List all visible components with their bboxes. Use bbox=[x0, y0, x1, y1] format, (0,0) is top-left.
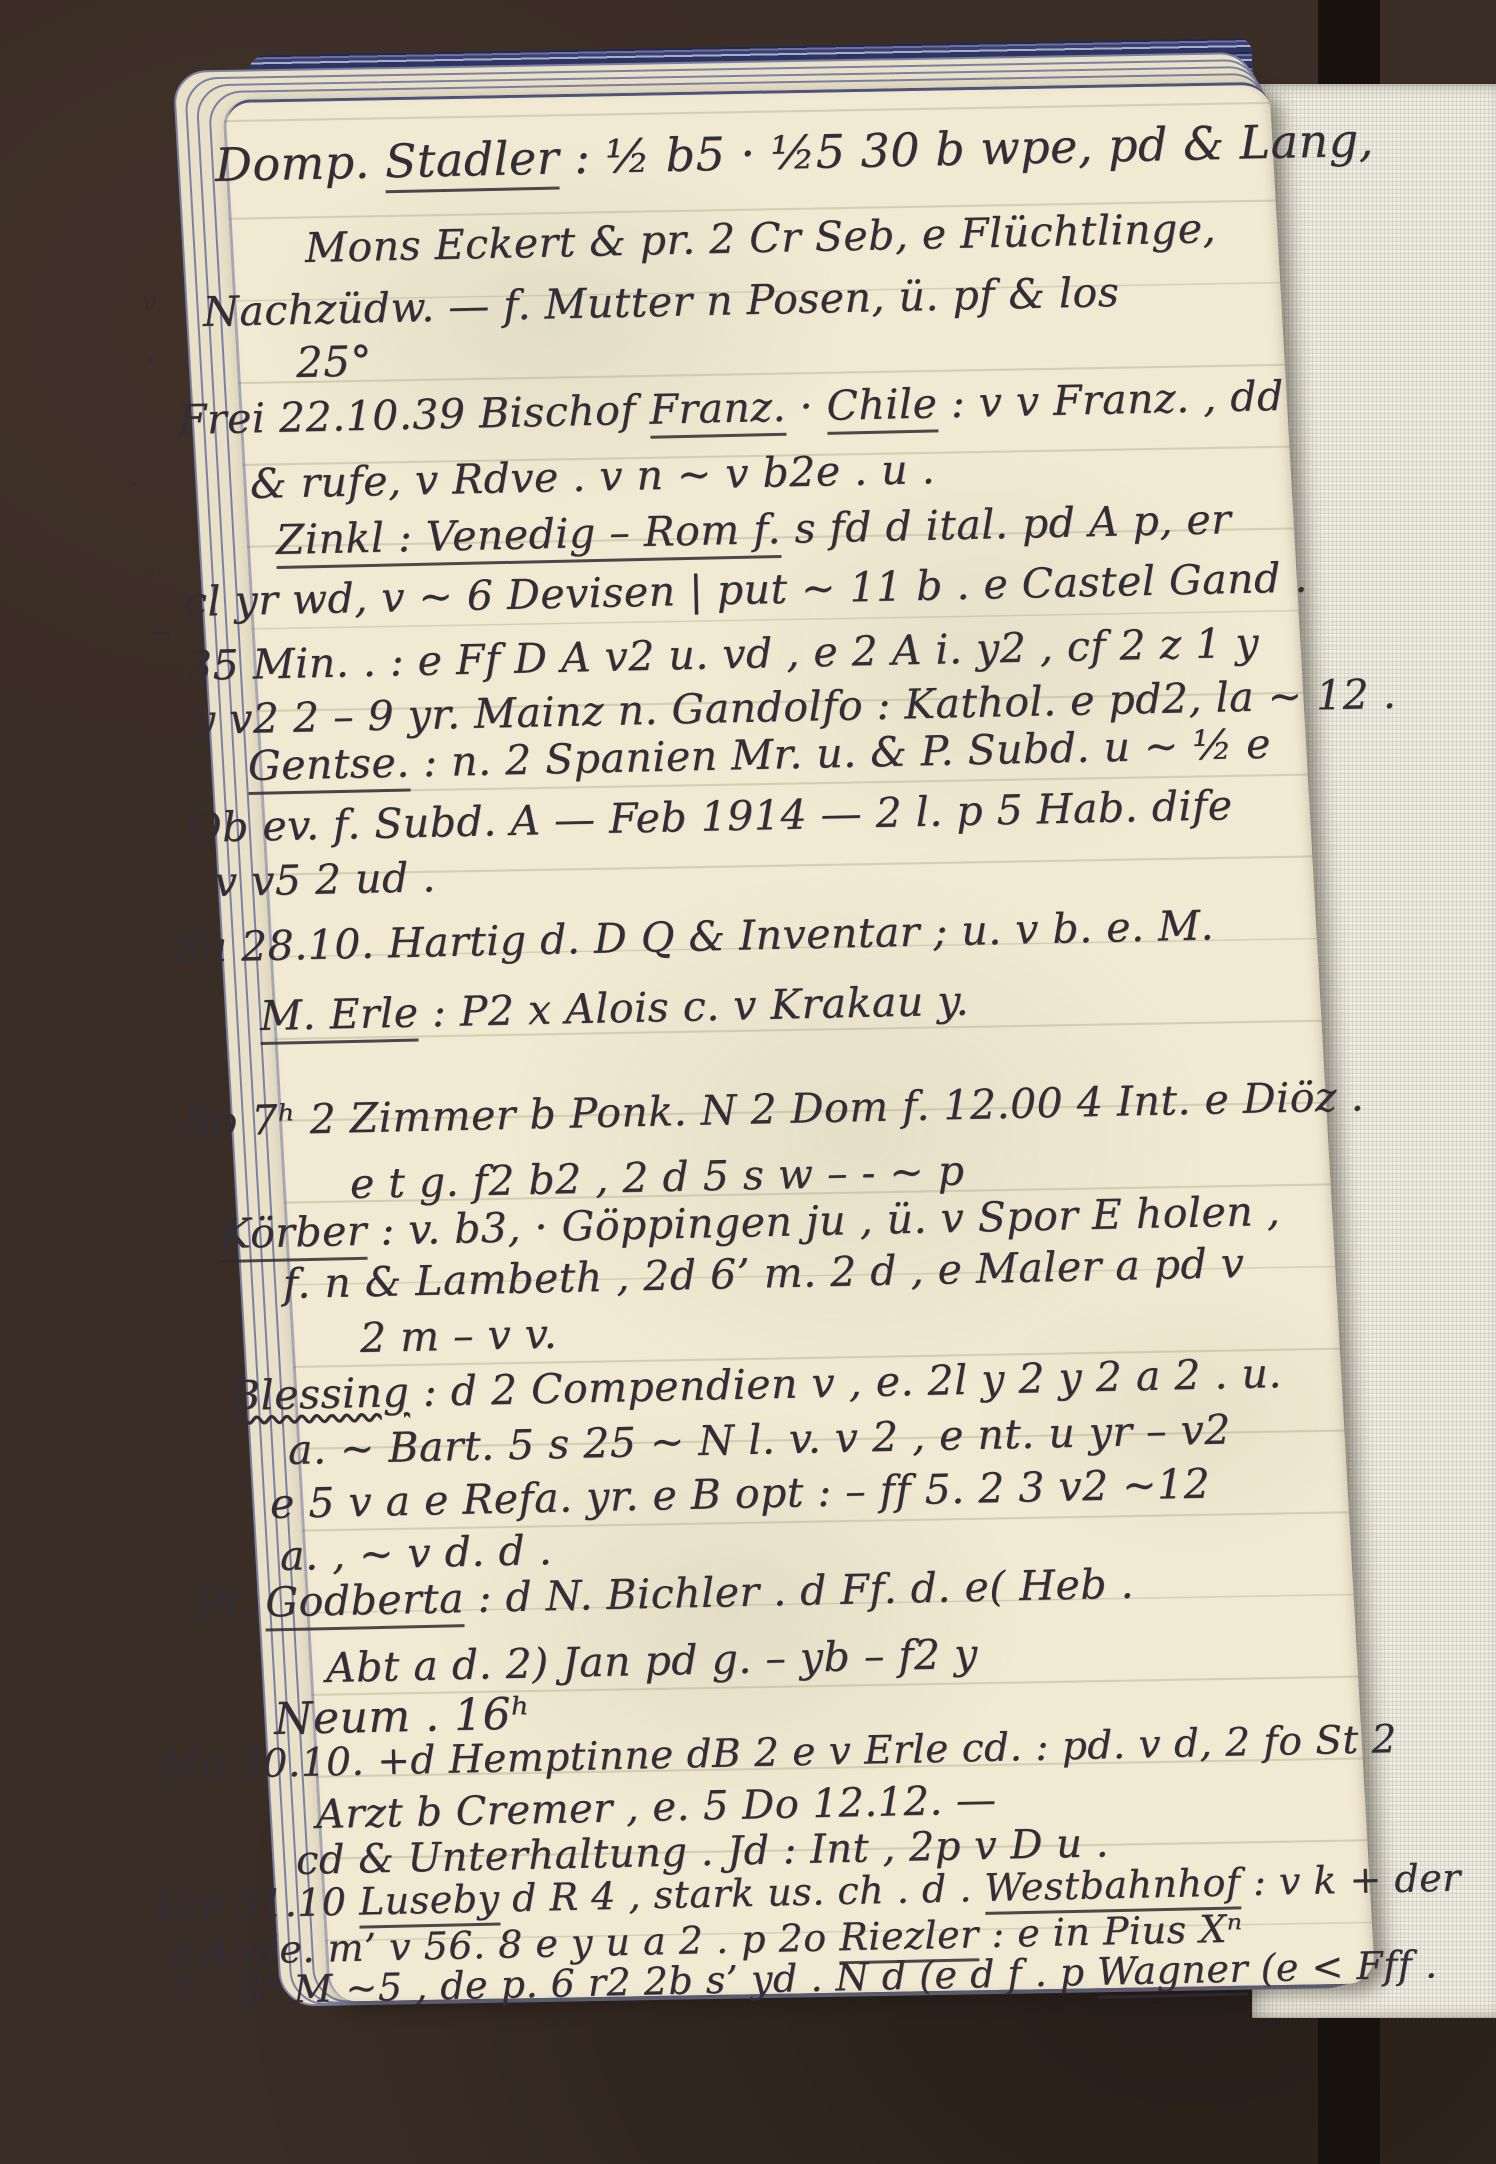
handwriting-line: a. , ~ v d. d . bbox=[279, 1526, 552, 1580]
handwriting-line: Zinkl : Venedig – Rom f. s fd d ital. pd… bbox=[275, 495, 1231, 564]
handwriting-line: v v5 2 ud . bbox=[213, 853, 436, 906]
handwriting-line: Abt a d. 2) Jan pd g. – yb – f2 y bbox=[325, 1630, 978, 1692]
handwriting-text: : v k + der bbox=[1240, 1856, 1461, 1905]
handwriting-text: : P2 x Alois c. v Krakau y. bbox=[418, 977, 970, 1037]
handwriting-text: Sa 28.10. Hartig d. D Q & Inventar ; u. … bbox=[173, 901, 1214, 972]
underlined-word: M. Erle bbox=[259, 989, 419, 1045]
handwriting-text: : d 2 Compendien v , e. 2l y 2 y 2 a 2 .… bbox=[409, 1349, 1283, 1416]
underlined-word: Zinkl : Venedig – Rom f. bbox=[275, 505, 781, 569]
handwriting-text: So 7ʰ 2 Zimmer b Ponk. N 2 Dom f. 12.00 … bbox=[183, 1072, 1364, 1146]
handwriting-line: M. Erle : P2 x Alois c. v Krakau y. bbox=[259, 977, 969, 1040]
underlined-word: Blessing bbox=[229, 1368, 409, 1420]
handwriting-line: Domp. Stadler : ½ b5 · ½5 30 b wpe, pd &… bbox=[214, 113, 1374, 192]
handwriting-text: d R 4 , stark us. ch . d . bbox=[499, 1866, 985, 1921]
handwriting-text: : d N. Bichler . d Ff. d. e( Heb . bbox=[464, 1560, 1135, 1623]
handwriting-text: a. , ~ v d. d . bbox=[279, 1526, 552, 1580]
handwriting-text: & rufe, v Rdve . v n ~ v b2e . u . bbox=[249, 445, 935, 508]
handwriting-text: (e < Fff . bbox=[1247, 1942, 1437, 1990]
underlined-word: Gentse. bbox=[247, 738, 410, 795]
handwriting-line: & rufe, v Rdve . v n ~ v b2e . u . bbox=[249, 445, 935, 508]
handwriting-layer: Domp. Stadler : ½ b5 · ½5 30 b wpe, pd &… bbox=[0, 0, 1496, 2164]
handwriting-text: Nachzüdw. — f. Mutter n Posen, ü. pf & l… bbox=[202, 268, 1119, 336]
notebook-photograph: Domp. Stadler : ½ b5 · ½5 30 b wpe, pd &… bbox=[0, 0, 1496, 2164]
underlined-word: Wagner bbox=[1097, 1946, 1249, 1998]
margin-mark: ¬ bbox=[150, 620, 172, 650]
handwriting-text: Pf. bbox=[195, 1578, 265, 1628]
handwriting-line: 2 m – v v. bbox=[359, 1310, 557, 1362]
handwriting-line: Mons Eckert & pr. 2 Cr Seb, e Flüchtling… bbox=[304, 204, 1216, 272]
handwriting-text: v v5 2 ud . bbox=[213, 853, 436, 906]
underlined-word: Körber bbox=[219, 1207, 367, 1263]
underlined-word: Luseby bbox=[359, 1877, 501, 1929]
handwriting-line: 25° bbox=[295, 336, 372, 387]
handwriting-line: So 7ʰ 2 Zimmer b Ponk. N 2 Dom f. 12.00 … bbox=[183, 1072, 1364, 1146]
margin-mark: v bbox=[142, 288, 157, 318]
handwriting-text: Frei 22.10.39 Bischof bbox=[177, 386, 650, 444]
underlined-word: Franz. bbox=[649, 383, 787, 439]
handwriting-line: Nachzüdw. — f. Mutter n Posen, ü. pf & l… bbox=[202, 268, 1119, 336]
margin-mark: · bbox=[148, 556, 156, 586]
underlined-word: Chile bbox=[826, 379, 938, 434]
handwriting-text: : v v Franz. , dd bbox=[937, 372, 1284, 428]
underlined-word: Godberta bbox=[265, 1574, 465, 1631]
handwriting-text: · bbox=[785, 382, 827, 431]
underlined-word: Stadler bbox=[384, 130, 560, 193]
handwriting-text: 2 m – v v. bbox=[359, 1310, 557, 1362]
handwriting-text: Domp. bbox=[214, 134, 385, 192]
handwriting-text: : ½ b5 · ½5 30 b wpe, pd & Lang, bbox=[559, 113, 1375, 185]
handwriting-text: 25° bbox=[295, 336, 372, 387]
handwriting-text: Mons Eckert & pr. 2 Cr Seb, e Flüchtling… bbox=[304, 204, 1216, 272]
margin-mark: · bbox=[130, 470, 138, 500]
handwriting-text: Die 31.10 bbox=[156, 1880, 360, 1928]
handwriting-text: Abt a d. 2) Jan pd g. – yb – f2 y bbox=[325, 1630, 978, 1692]
handwriting-line: Sa 28.10. Hartig d. D Q & Inventar ; u. … bbox=[173, 901, 1214, 972]
margin-mark: ‹ bbox=[146, 344, 156, 374]
handwriting-text: s fd d ital. pd A p, er bbox=[780, 495, 1231, 553]
